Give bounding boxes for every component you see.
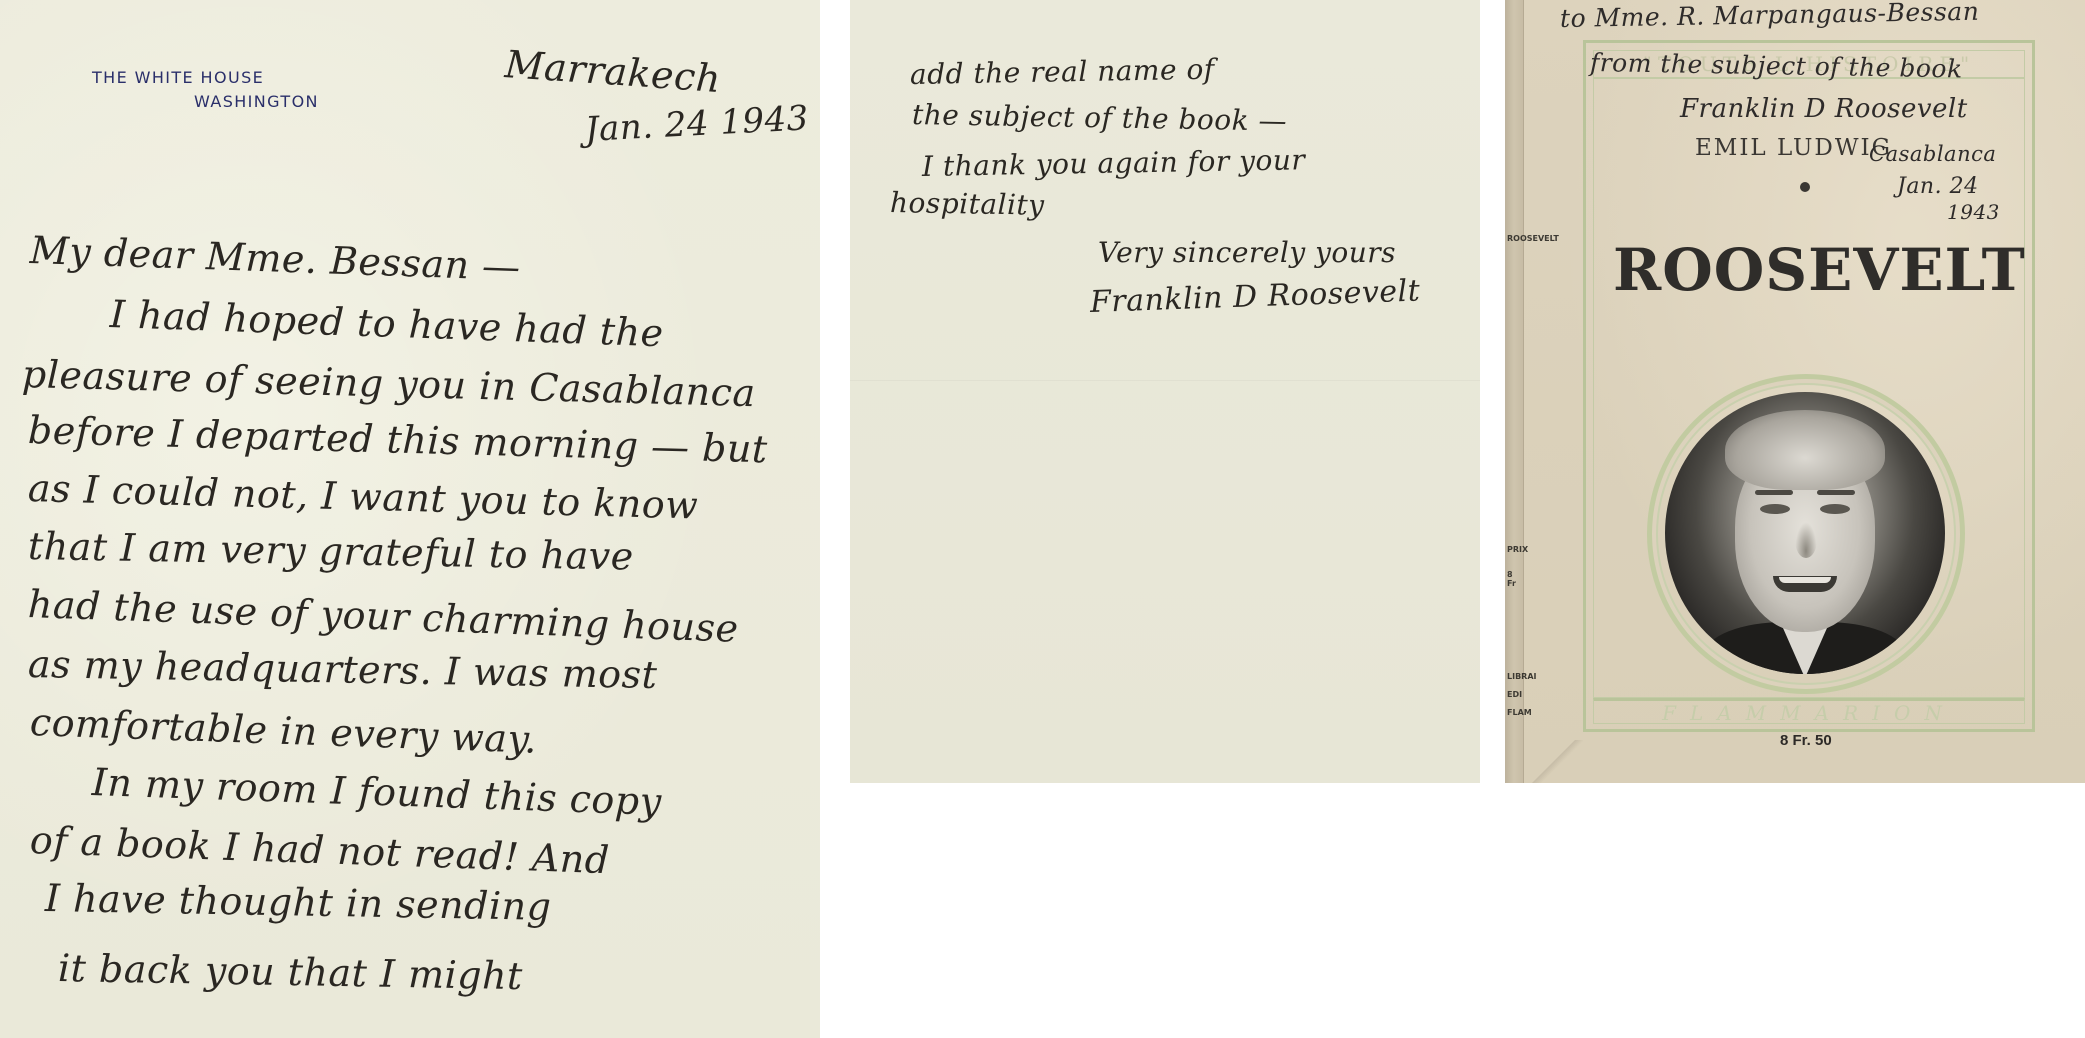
letter-page-2: add the real name of the subject of the …	[850, 0, 1480, 783]
spine-text: ROOSEVELT	[1507, 234, 1559, 243]
letter-line: as I could not, I want you to know	[27, 466, 698, 528]
letter-line: it back you that I might	[58, 946, 524, 998]
letter-line: the subject of the book —	[912, 98, 1288, 138]
letter-line: had the use of your charming house	[27, 582, 739, 651]
letter-line: comfortable in every way.	[29, 700, 538, 762]
spine-text: PRIX	[1507, 545, 1528, 554]
letter-date: Jan. 24 1943	[584, 98, 810, 150]
letter-line: that I am very grateful to have	[28, 524, 634, 579]
letter-line: of a book I had not read! And	[29, 818, 610, 882]
letter-place: Marrakech	[503, 42, 722, 101]
letter-line: add the real name of	[910, 53, 1215, 91]
letter-line: hospitality	[890, 186, 1045, 222]
letter-page-1: THE WHITE HOUSE WASHINGTON Marrakech Jan…	[0, 0, 820, 1038]
spine-text: 8 Fr	[1507, 570, 1523, 588]
letter-line: as my headquarters. I was most	[28, 642, 658, 697]
spine-text: LIBRAI	[1507, 672, 1537, 681]
inscription-year: 1943	[1947, 200, 2000, 224]
spine-text: EDI	[1507, 690, 1522, 699]
bullet-ornament	[1800, 182, 1810, 192]
fold-line	[850, 380, 1480, 381]
letter-line: pleasure of seeing you in Casablanca	[21, 352, 756, 415]
book-cover: ROOSEVELT PRIX 8 Fr LIBRAI EDI FLAM "TOU…	[1505, 0, 2085, 783]
letter-line: I have thought in sending	[45, 876, 552, 929]
letter-closing: Very sincerely yours	[1098, 236, 1396, 269]
torn-corner	[1523, 740, 1583, 783]
inscription-line: to Mme. R. Marpangaus-Bessan	[1560, 0, 1980, 33]
publisher-name: FLAMMARION	[1593, 698, 2025, 724]
letter-line: I thank you again for your	[922, 143, 1306, 183]
letter-line: I had hoped to have had the	[109, 292, 664, 355]
letterhead-title: THE WHITE HOUSE	[92, 68, 264, 87]
letter-salutation: My dear Mme. Bessan —	[29, 228, 521, 289]
inscription-place: Casablanca	[1869, 142, 1996, 166]
spine-text: FLAM	[1507, 708, 1532, 717]
portrait-photo	[1665, 392, 1945, 674]
inscription-date: Jan. 24	[1897, 174, 1979, 199]
letterhead-city: WASHINGTON	[194, 92, 319, 111]
book-title: ROOSEVELT	[1613, 236, 2026, 304]
book-spine: ROOSEVELT PRIX 8 Fr LIBRAI EDI FLAM	[1505, 0, 1524, 783]
letter-line: before I departed this morning — but	[27, 408, 768, 471]
book-price: 8 Fr. 50	[1780, 732, 1832, 749]
book-author: EMIL LUDWIG	[1695, 135, 1892, 161]
letter-line: In my room I found this copy	[91, 760, 662, 824]
inscription-signature: Franklin D Roosevelt	[1680, 94, 1968, 124]
signature: Franklin D Roosevelt	[1089, 273, 1420, 320]
